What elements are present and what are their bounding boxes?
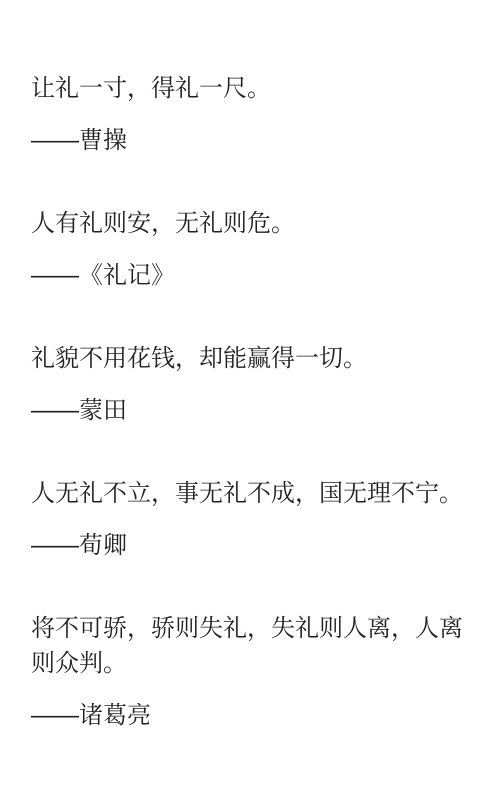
quote-text: 让礼一寸，得礼一尺。 xyxy=(31,71,475,106)
quote-block: 礼貌不用花钱，却能赢得一切。 ——蒙田 xyxy=(31,341,475,428)
quote-author: ——曹操 xyxy=(31,123,475,158)
quote-author: ——蒙田 xyxy=(31,393,475,428)
quote-text: 人有礼则安，无礼则危。 xyxy=(31,206,475,241)
quote-text: 人无礼不立，事无礼不成，国无理不宁。 xyxy=(31,476,475,511)
quote-block: 让礼一寸，得礼一尺。 ——曹操 xyxy=(31,71,475,158)
quote-text: 礼貌不用花钱，却能赢得一切。 xyxy=(31,341,475,376)
quote-author: ——荀卿 xyxy=(31,528,475,563)
quote-block: 将不可骄，骄则失礼，失礼则人离，人离则众判。 ——诸葛亮 xyxy=(31,611,475,733)
quote-author: ——《礼记》 xyxy=(31,258,475,293)
quote-block: 人有礼则安，无礼则危。 ——《礼记》 xyxy=(31,206,475,293)
quotes-page: 让礼一寸，得礼一尺。 ——曹操 人有礼则安，无礼则危。 ——《礼记》 礼貌不用花… xyxy=(0,0,500,790)
quote-author: ——诸葛亮 xyxy=(31,698,475,733)
quote-text: 将不可骄，骄则失礼，失礼则人离，人离则众判。 xyxy=(31,611,475,681)
quote-block: 人无礼不立，事无礼不成，国无理不宁。 ——荀卿 xyxy=(31,476,475,563)
